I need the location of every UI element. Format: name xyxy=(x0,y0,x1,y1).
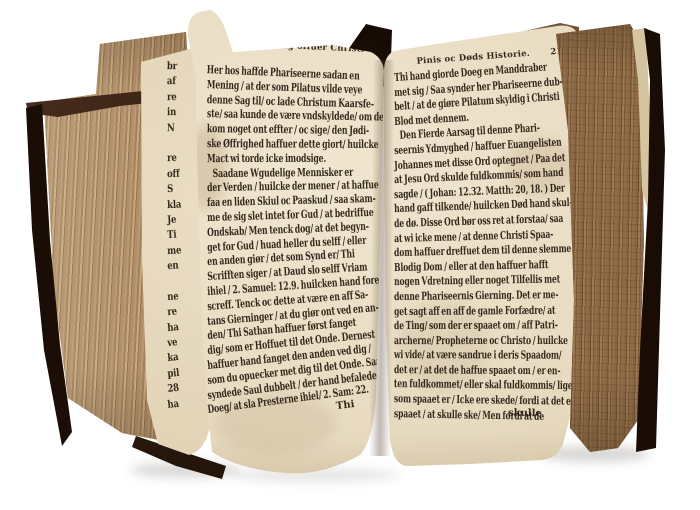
text-line: ske Øffrighed haffuer dette giort/ huilc… xyxy=(207,132,381,148)
right-page-text: Thi hand giorde Doeg en Manddrabermet si… xyxy=(394,66,576,416)
text-line: wi vide/ at være sandrue i deris Spaadom… xyxy=(394,343,576,358)
left-page-text: Her hos haffde Phariseerne sadan enMenin… xyxy=(207,58,381,413)
book-photo: brafreinNreoffSklaJeTimeennerehavekapil2… xyxy=(0,0,700,510)
text-line: get sagt aff en aff de gamle Forfædre/ a… xyxy=(394,298,576,314)
text-line: denne Phariseernis Gierning. Det er me- xyxy=(394,283,576,300)
text-line: spaaet / at skulle ske/ Men fordi at de xyxy=(394,402,576,420)
right-catchword: skulle xyxy=(508,408,542,420)
gutter-shading xyxy=(369,60,395,456)
text-line: Mact wi torde icke imodsige. xyxy=(207,146,381,161)
text-line: archerne/ Propheterne oc Christo / huilc… xyxy=(394,329,576,344)
text-line: de Ting/ som der er spaaet om / aff Patr… xyxy=(394,313,576,328)
left-catchword: Thi xyxy=(335,399,355,412)
